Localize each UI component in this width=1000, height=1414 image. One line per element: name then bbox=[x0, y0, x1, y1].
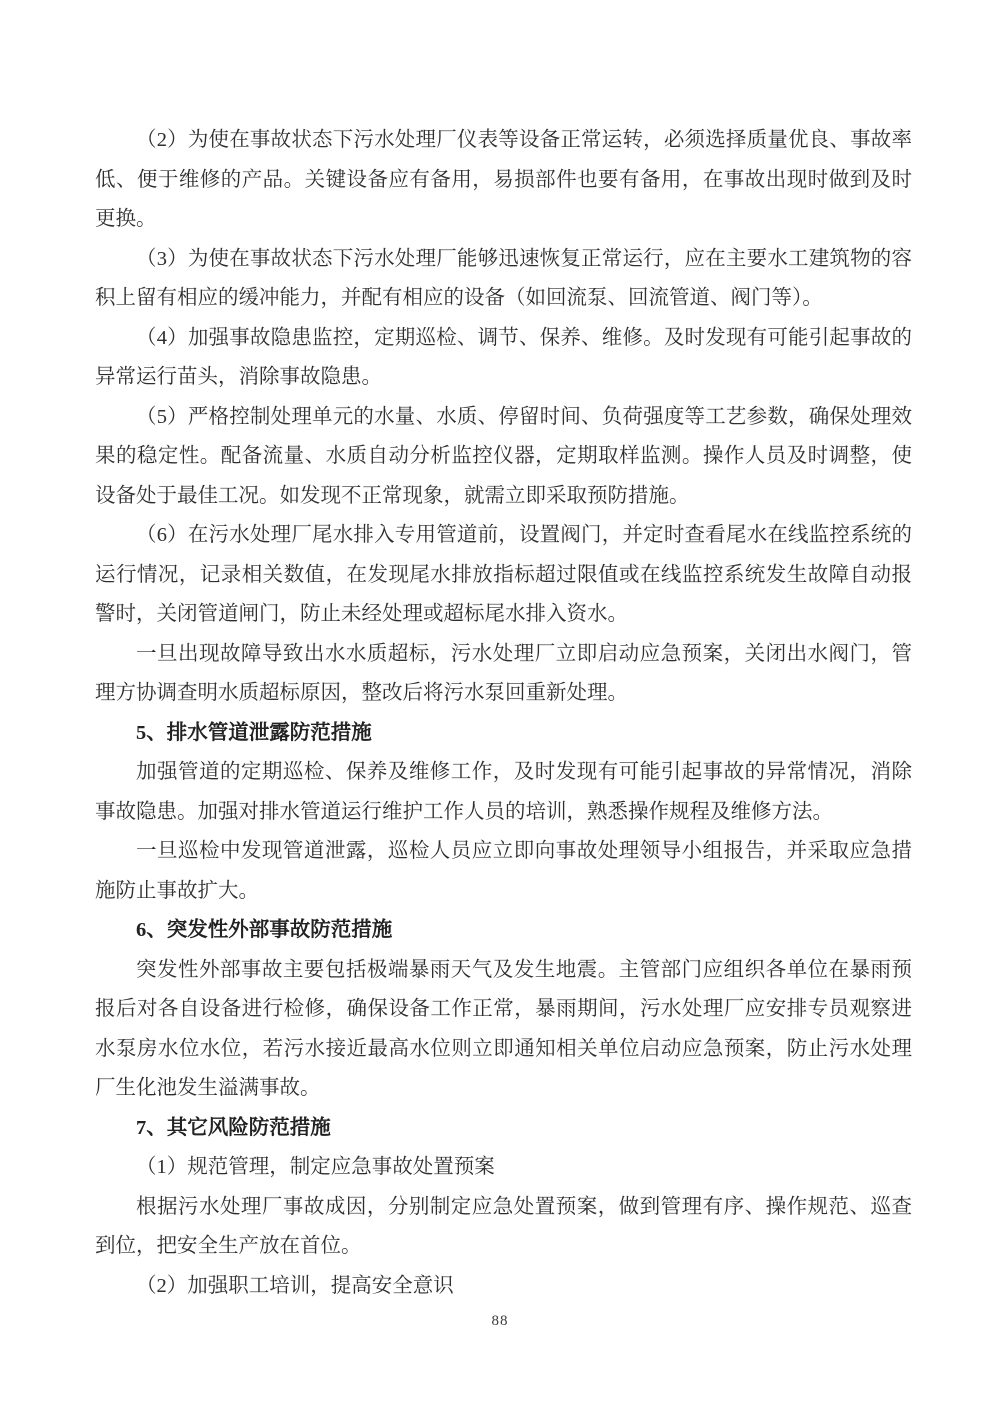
paragraph: 根据污水处理厂事故成因，分别制定应急处置预案，做到管理有序、操作规范、巡查到位，… bbox=[95, 1188, 912, 1267]
paragraph: 加强管道的定期巡检、保养及维修工作，及时发现有可能引起事故的异常情况，消除事故隐… bbox=[95, 753, 912, 832]
paragraph: （6）在污水处理厂尾水排入专用管道前，设置阀门，并定时查看尾水在线监控系统的运行… bbox=[95, 516, 912, 635]
page-footer: 88 bbox=[0, 1312, 1000, 1330]
section-heading: 6、突发性外部事故防范措施 bbox=[95, 911, 912, 951]
paragraph: 一旦出现故障导致出水水质超标，污水处理厂立即启动应急预案，关闭出水阀门，管理方协… bbox=[95, 635, 912, 714]
paragraph: （2）加强职工培训，提高安全意识 bbox=[95, 1267, 912, 1307]
section-heading: 7、其它风险防范措施 bbox=[95, 1109, 912, 1149]
document-body: （2）为使在事故状态下污水处理厂仪表等设备正常运转，必须选择质量优良、事故率低、… bbox=[95, 121, 912, 1306]
paragraph: 突发性外部事故主要包括极端暴雨天气及发生地震。主管部门应组织各单位在暴雨预报后对… bbox=[95, 951, 912, 1109]
section-heading: 5、排水管道泄露防范措施 bbox=[95, 714, 912, 754]
paragraph: （2）为使在事故状态下污水处理厂仪表等设备正常运转，必须选择质量优良、事故率低、… bbox=[95, 121, 912, 240]
document-page: （2）为使在事故状态下污水处理厂仪表等设备正常运转，必须选择质量优良、事故率低、… bbox=[0, 0, 1000, 1414]
paragraph: （4）加强事故隐患监控，定期巡检、调节、保养、维修。及时发现有可能引起事故的异常… bbox=[95, 319, 912, 398]
paragraph: （1）规范管理，制定应急事故处置预案 bbox=[95, 1148, 912, 1188]
paragraph: （3）为使在事故状态下污水处理厂能够迅速恢复正常运行，应在主要水工建筑物的容积上… bbox=[95, 240, 912, 319]
paragraph: 一旦巡检中发现管道泄露，巡检人员应立即向事故处理领导小组报告，并采取应急措施防止… bbox=[95, 832, 912, 911]
page-number: 88 bbox=[492, 1313, 509, 1329]
paragraph: （5）严格控制处理单元的水量、水质、停留时间、负荷强度等工艺参数，确保处理效果的… bbox=[95, 398, 912, 517]
